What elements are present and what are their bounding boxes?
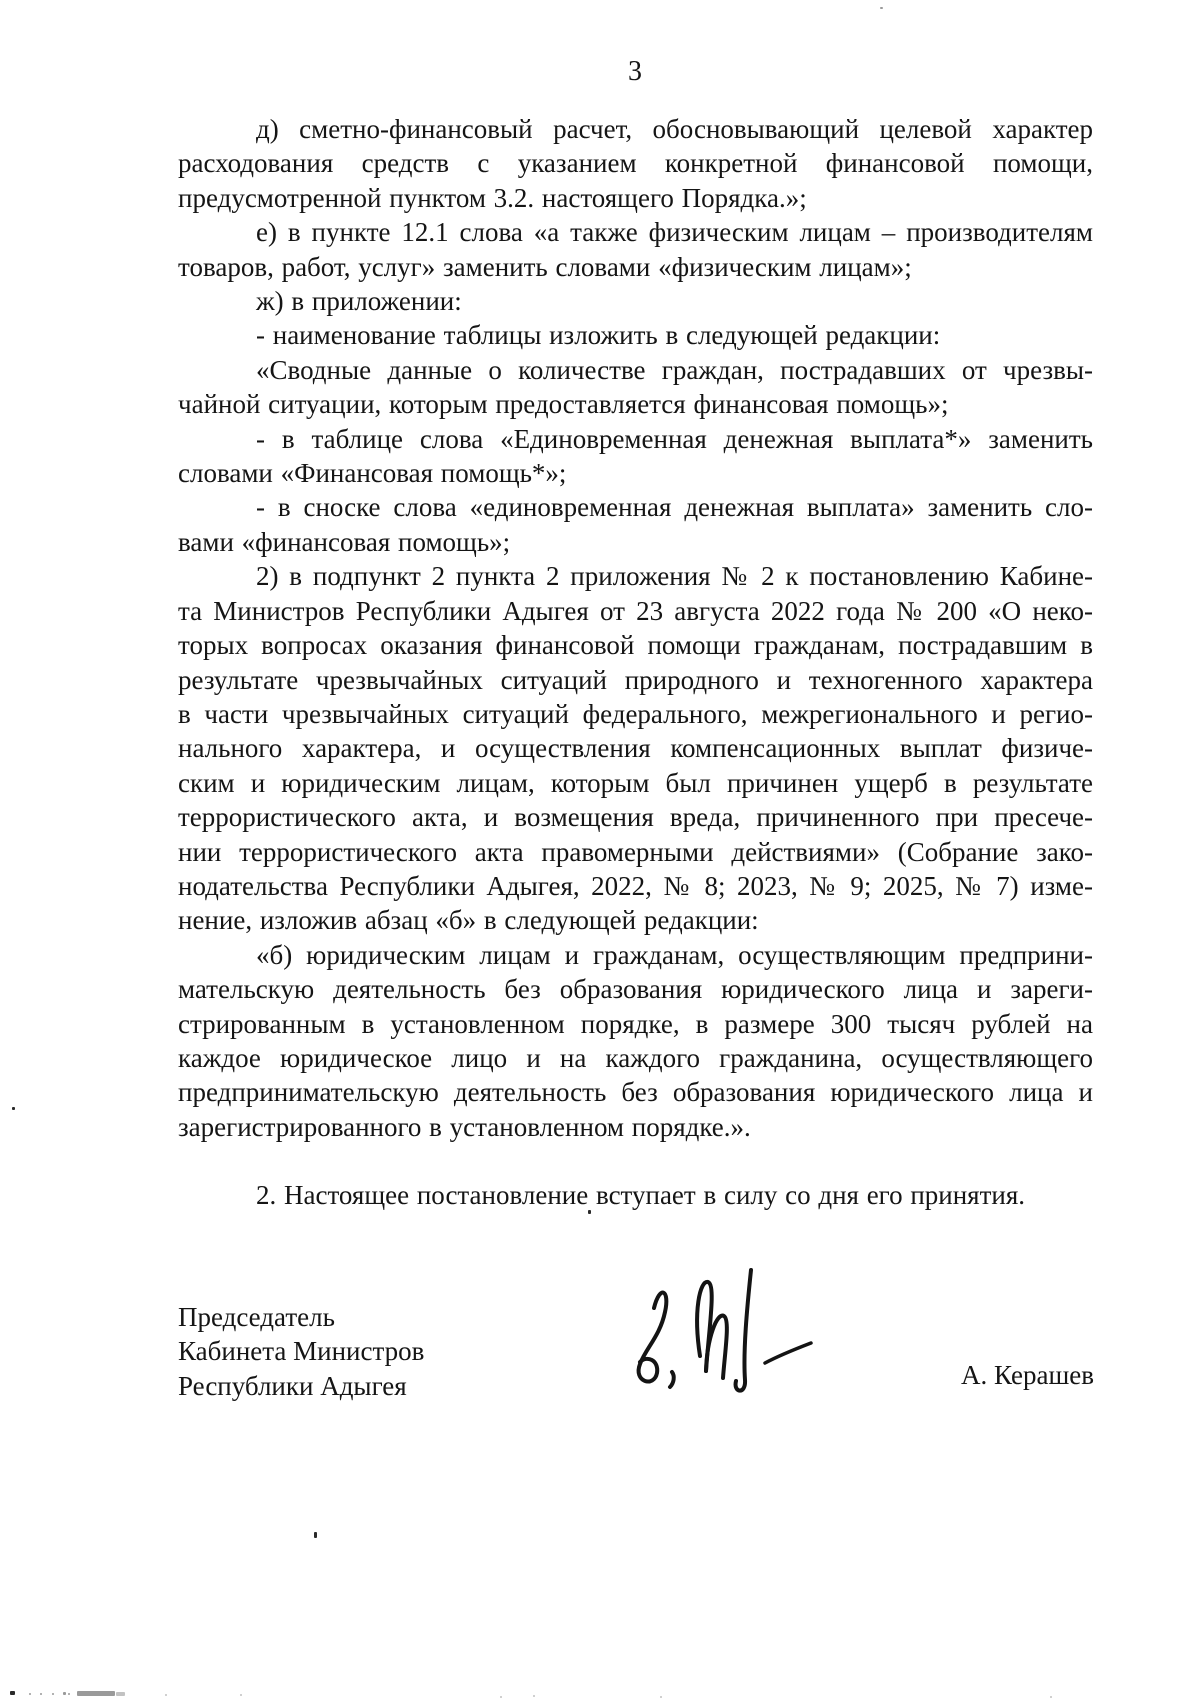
- text-line: каждое юридическое лицо и на каждого гра…: [178, 1041, 1093, 1075]
- scan-speck: [880, 7, 883, 9]
- scan-artifact: [500, 1696, 502, 1698]
- text-line: стрированным в установленном порядке, в …: [178, 1007, 1093, 1041]
- scan-artifact: [52, 1693, 54, 1695]
- scan-speck: [12, 1107, 15, 1110]
- scan-artifact: [68, 1693, 70, 1695]
- scan-artifact: [660, 1696, 662, 1698]
- text-line: зарегистрированного в установленном поря…: [178, 1110, 1093, 1144]
- paragraph: «Сводные данные о количестве граждан, по…: [178, 353, 1093, 422]
- text-line: 2) в подпункт 2 пункта 2 приложения № 2 …: [178, 559, 1093, 593]
- text-line: «б) юридическим лицам и гражданам, осуще…: [178, 938, 1093, 972]
- text-line: е) в пункте 12.1 слова «а также физическ…: [178, 215, 1093, 249]
- text-line: террористического акта, и возмещения вре…: [178, 800, 1093, 834]
- text-line: чайной ситуации, которым предоставляется…: [178, 387, 1093, 421]
- paragraph: ж) в приложении:: [178, 284, 1093, 318]
- scan-artifact: [240, 1694, 242, 1696]
- text-line: «Сводные данные о количестве граждан, по…: [178, 353, 1093, 387]
- text-line: словами «Финансовая помощь*»;: [178, 456, 1093, 490]
- paragraph: д) сметно-финансовый расчет, обосновываю…: [178, 112, 1093, 215]
- paragraph: 2) в подпункт 2 пункта 2 приложения № 2 …: [178, 559, 1093, 937]
- text-line: вами «финансовая помощь»;: [178, 525, 1093, 559]
- text-line: ским и юридическим лицам, которым был пр…: [178, 766, 1093, 800]
- text-line: расходования средств с указанием конкрет…: [178, 146, 1093, 180]
- text-line: нодательства Республики Адыгея, 2022, № …: [178, 869, 1093, 903]
- paragraph: е) в пункте 12.1 слова «а также физическ…: [178, 215, 1093, 284]
- scan-artifact: [165, 1694, 167, 1696]
- text-line: нение, изложив абзац «б» в следующей ред…: [178, 903, 1093, 937]
- signatory-name: А. Керашев: [944, 1360, 1094, 1391]
- signatory-title: Председатель Кабинета Министров Республи…: [178, 1300, 424, 1403]
- scan-artifact: [10, 1691, 15, 1695]
- paragraph: - в таблице слова «Единовременная денежн…: [178, 422, 1093, 491]
- scan-artifact: [533, 1695, 535, 1697]
- signatory-title-line: Председатель: [178, 1300, 424, 1334]
- text-line: - в таблице слова «Единовременная денежн…: [178, 422, 1093, 456]
- text-line: торых вопросах оказания финансовой помощ…: [178, 628, 1093, 662]
- scan-artifact: [40, 1693, 42, 1695]
- signatory-title-line: Кабинета Министров: [178, 1334, 424, 1368]
- page-number: 3: [178, 56, 1093, 88]
- text-line: д) сметно-финансовый расчет, обосновываю…: [178, 112, 1093, 146]
- text-line: ж) в приложении:: [178, 284, 1093, 318]
- scan-speck: [588, 1210, 591, 1214]
- paragraph: - наименование таблицы изложить в следую…: [178, 318, 1093, 352]
- text-line: мательскую деятельность без образования …: [178, 972, 1093, 1006]
- paragraph: - в сноске слова «единовременная денежна…: [178, 490, 1093, 559]
- paragraph: 2. Настоящее постановление вступает в си…: [178, 1178, 1093, 1212]
- scan-speck: [314, 1532, 317, 1538]
- paragraph: «б) юридическим лицам и гражданам, осуще…: [178, 938, 1093, 1144]
- document-page: 3 д) сметно-финансовый расчет, обосновыв…: [0, 0, 1200, 1702]
- scan-artifact: [77, 1691, 115, 1696]
- text-line: - наименование таблицы изложить в следую…: [178, 318, 1093, 352]
- text-line: та Министров Республики Адыгея от 23 авг…: [178, 594, 1093, 628]
- text-line: 2. Настоящее постановление вступает в си…: [178, 1178, 1093, 1212]
- handwritten-signature: [610, 1256, 815, 1401]
- signatory-title-line: Республики Адыгея: [178, 1369, 424, 1403]
- scan-artifact: [116, 1692, 125, 1696]
- document-body: д) сметно-финансовый расчет, обосновываю…: [178, 112, 1093, 1213]
- text-line: результате чрезвычайных ситуаций природн…: [178, 663, 1093, 697]
- scan-artifact: [63, 1692, 66, 1695]
- text-line: нального характера, и осуществления комп…: [178, 731, 1093, 765]
- text-line: - в сноске слова «единовременная денежна…: [178, 490, 1093, 524]
- scan-artifact: [29, 1693, 31, 1695]
- text-line: в части чрезвычайных ситуаций федерально…: [178, 697, 1093, 731]
- scan-artifact: [1050, 1696, 1052, 1698]
- text-line: товаров, работ, услуг» заменить словами …: [178, 250, 1093, 284]
- text-line: предусмотренной пунктом 3.2. настоящего …: [178, 181, 1093, 215]
- text-line: предпринимательскую деятельность без обр…: [178, 1075, 1093, 1109]
- text-line: нии террористического акта правомерными …: [178, 835, 1093, 869]
